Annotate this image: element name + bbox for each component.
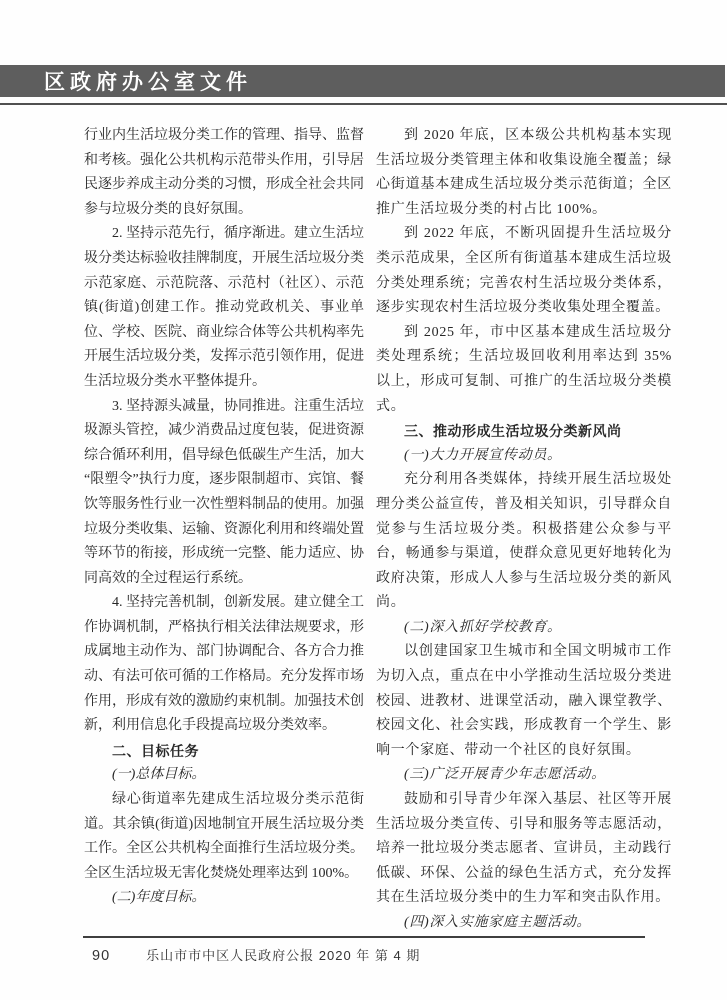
sub-heading: (一)总体目标。 xyxy=(84,763,364,788)
body-paragraph: 行业内生活垃圾分类工作的管理、指导、监督和考核。强化公共机构示范带头作用，引导居… xyxy=(84,124,364,222)
body-paragraph: 2. 坚持示范先行，循序渐进。建立生活垃圾分类达标验收挂牌制度，开展生活垃圾分类… xyxy=(84,222,364,394)
left-text-column: 行业内生活垃圾分类工作的管理、指导、监督和考核。强化公共机构示范带头作用，引导居… xyxy=(84,124,364,936)
publication-title: 乐山市市中区人民政府公报 2020 年 第 4 期 xyxy=(146,945,420,964)
page-number: 90 xyxy=(92,948,110,964)
header-divider-line xyxy=(0,103,727,105)
sub-heading: (一)大力开展宣传动员。 xyxy=(376,444,672,469)
body-paragraph: 3. 坚持源头减量，协同推进。注重生活垃圾源头管控，减少消费品过度包装，促进资源… xyxy=(84,395,364,592)
footer-divider-line xyxy=(83,936,645,938)
document-header-title: 区政府办公室文件 xyxy=(0,66,252,96)
body-paragraph: 4. 坚持完善机制，创新发展。建立健全工作协调机制，严格执行相关法律法规要求，形… xyxy=(84,591,364,739)
sub-heading: (三)广泛开展青少年志愿活动。 xyxy=(376,763,672,788)
right-text-column: 到 2020 年底，区本级公共机构基本实现生活垃圾分类管理主体和收集设施全覆盖；… xyxy=(376,124,672,936)
sub-heading: (二)年度目标。 xyxy=(84,886,364,911)
body-paragraph: 到 2025 年，市中区基本建成生活垃圾分类处理系统；生活垃圾回收利用率达到 3… xyxy=(376,321,672,419)
body-paragraph: 到 2022 年底，不断巩固提升生活垃圾分类示范成果，全区所有街道基本建成生活垃… xyxy=(376,222,672,320)
section-heading: 三、推动形成生活垃圾分类新风尚 xyxy=(376,419,672,444)
document-page: 区政府办公室文件 行业内生活垃圾分类工作的管理、指导、监督和考核。强化公共机构示… xyxy=(0,0,727,1000)
section-heading: 二、目标任务 xyxy=(84,739,364,764)
body-paragraph: 到 2020 年底，区本级公共机构基本实现生活垃圾分类管理主体和收集设施全覆盖；… xyxy=(376,124,672,222)
sub-heading: (二)深入抓好学校教育。 xyxy=(376,616,672,641)
document-header-bar: 区政府办公室文件 xyxy=(0,65,725,97)
body-paragraph: 绿心街道率先建成生活垃圾分类示范街道。其余镇(街道)因地制宜开展生活垃圾分类工作… xyxy=(84,788,364,886)
body-paragraph: 以创建国家卫生城市和全国文明城市工作为切入点，重点在中小学推动生活垃圾分类进校园… xyxy=(376,640,672,763)
body-paragraph: 充分利用各类媒体，持续开展生活垃圾处理分类公益宣传，普及相关知识，引导群众自觉参… xyxy=(376,468,672,616)
sub-heading: (四)深入实施家庭主题活动。 xyxy=(376,911,672,936)
page-footer: 90 乐山市市中区人民政府公报 2020 年 第 4 期 xyxy=(92,945,420,964)
body-paragraph: 鼓励和引导青少年深入基层、社区等开展生活垃圾分类宣传、引导和服务等志愿活动，培养… xyxy=(376,788,672,911)
document-body: 行业内生活垃圾分类工作的管理、指导、监督和考核。强化公共机构示范带头作用，引导居… xyxy=(84,124,672,936)
